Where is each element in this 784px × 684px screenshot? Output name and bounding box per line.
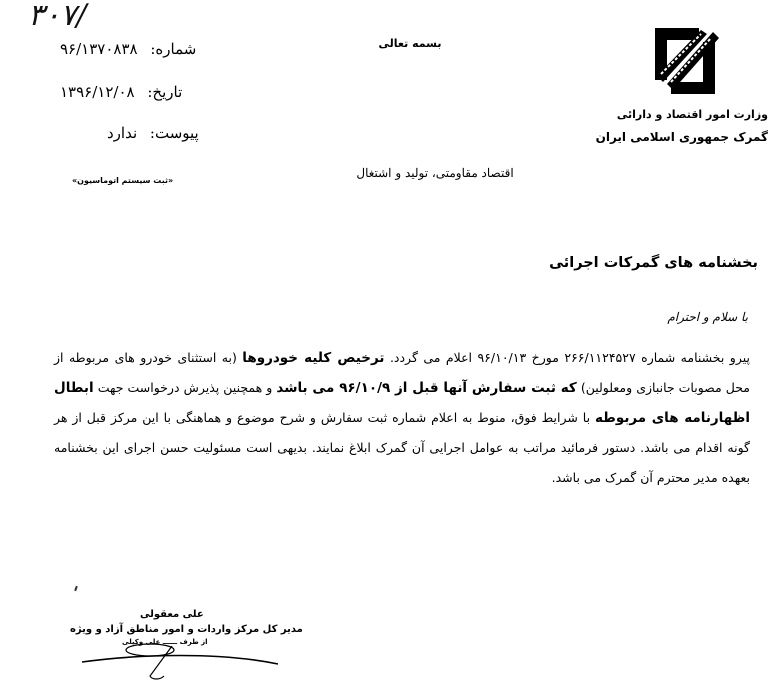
ministry-name: وزارت امور اقتصاد و دارائی	[617, 108, 768, 121]
registration-note: «ثبت سیستم اتوماسیون»	[72, 176, 173, 185]
body-text-1: پیرو بخشنامه شماره ۲۶۶/۱۱۲۴۵۲۷ مورخ ۹۶/۱…	[385, 350, 750, 365]
attachment-label: پیوست:	[150, 124, 199, 142]
letter-date-row: تاریخ: ۱۳۹۶/۱۲/۰۸	[60, 83, 182, 101]
handwritten-signature-icon	[80, 640, 280, 684]
agency-name: گمرک جمهوری اسلامی ایران	[596, 130, 768, 144]
letter-number-row: شماره: ۹۶/۱۳۷۰۸۳۸	[60, 40, 196, 58]
letter-date-label: تاریخ:	[147, 83, 182, 101]
letter-date-value: ۱۳۹۶/۱۲/۰۸	[60, 83, 135, 101]
body-emphasis-1: ترخیص کلیه خودروها	[242, 350, 384, 366]
letter-number-label: شماره:	[150, 40, 196, 58]
attachment-value: ندارد	[107, 124, 137, 142]
body-paragraph: پیرو بخشنامه شماره ۲۶۶/۱۱۲۴۵۲۷ مورخ ۹۶/۱…	[54, 343, 750, 493]
body-text-3: و همچنین پذیرش درخواست جهت	[94, 380, 277, 395]
handwritten-reference-number: ۳۰۷/	[28, 0, 86, 33]
invocation-heading: بسمه تعالی	[370, 37, 450, 50]
attachment-row: پیوست: ندارد	[107, 124, 199, 142]
greeting: با سلام و احترام	[667, 310, 748, 324]
signatory-title: مدیر کل مرکز واردات و امور مناطق آزاد و …	[70, 624, 303, 635]
letter-number-value: ۹۶/۱۳۷۰۸۳۸	[60, 40, 138, 58]
year-motto: اقتصاد مقاومتی، تولید و اشتغال	[330, 166, 540, 180]
document-title: بخشنامه های گمرکات اجرائی	[549, 255, 758, 271]
signatory-name: علی معقولی	[140, 609, 204, 620]
customs-emblem-icon	[649, 24, 721, 98]
pen-mark	[74, 586, 78, 591]
body-emphasis-2: که ثبت سفارش آنها قبل از ۹۶/۱۰/۹ می باشد	[276, 380, 576, 396]
